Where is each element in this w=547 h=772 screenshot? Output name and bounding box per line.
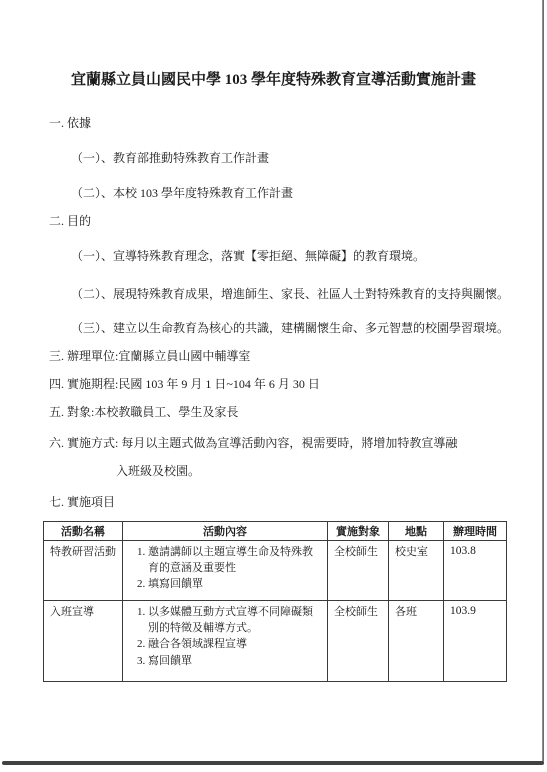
section-1-item-1: （一）、教育部推動特殊教育工作計畫 — [71, 151, 269, 165]
section-2-heading: 二. 目的 — [49, 214, 91, 228]
section-2-item-3: （三）、建立以生命教育為核心的共識，建構關懷生命、多元智慧的校園學習環境。 — [71, 321, 509, 335]
section-2-item-2: （二）、展現特殊教育成果，增進師生、家長、社區人士對特殊教育的支持與關懷。 — [71, 287, 509, 301]
section-1-item-2: （二）、本校 103 學年度特殊教育工作計畫 — [71, 186, 293, 200]
document-title: 宜蘭縣立員山國民中學 103 學年度特殊教育宣導活動實施計畫 — [0, 71, 547, 89]
activity-content-item: 以多媒體互動方式宣導不同障礙類別的特徵及輔導方式。 — [148, 605, 323, 636]
col-header-time: 辦理時間 — [444, 522, 507, 541]
page-edge-shadow-right — [542, 0, 544, 762]
activity-content-item: 填寫回饋單 — [148, 577, 323, 593]
activity-name-cell: 特教研習活動 — [44, 541, 123, 601]
activity-name-cell: 入班宣導 — [44, 601, 123, 682]
table-row: 入班宣導 以多媒體互動方式宣導不同障礙類別的特徵及輔導方式。 融合各領域課程宣導… — [44, 601, 507, 682]
col-header-activity-content: 活動內容 — [123, 522, 328, 541]
activity-content-item: 寫回饋單 — [148, 654, 323, 670]
section-3-heading: 三. 辦理單位:宜蘭縣立員山國中輔導室 — [49, 349, 250, 363]
section-4-heading: 四. 實施期程:民國 103 年 9 月 1 日~104 年 6 月 30 日 — [49, 377, 320, 391]
activity-content-list: 以多媒體互動方式宣導不同障礙類別的特徵及輔導方式。 融合各領域課程宣導 寫回饋單 — [125, 605, 323, 669]
location-cell: 各班 — [389, 601, 444, 682]
location-cell: 校史室 — [389, 541, 444, 601]
activity-content-item: 融合各領域課程宣導 — [148, 637, 323, 653]
page-edge-shadow-bottom — [2, 761, 544, 765]
table-row: 特教研習活動 邀請講師以主題宣導生命及特殊教育的意涵及重要性 填寫回饋單 全校師… — [44, 541, 507, 601]
col-header-activity-name: 活動名稱 — [44, 522, 123, 541]
activity-content-cell: 以多媒體互動方式宣導不同障礙類別的特徵及輔導方式。 融合各領域課程宣導 寫回饋單 — [123, 601, 328, 682]
section-1-heading: 一. 依據 — [49, 116, 91, 130]
activity-content-list: 邀請講師以主題宣導生命及特殊教育的意涵及重要性 填寫回饋單 — [125, 545, 323, 593]
activity-table: 活動名稱 活動內容 實施對象 地點 辦理時間 特教研習活動 邀請講師以主題宣導生… — [43, 521, 507, 682]
time-cell: 103.9 — [444, 601, 507, 682]
section-6-heading: 六. 實施方式: 每月以主題式做為宣導活動內容，視需要時，將增加特教宣導融 — [49, 436, 457, 450]
activity-content-cell: 邀請講師以主題宣導生命及特殊教育的意涵及重要性 填寫回饋單 — [123, 541, 328, 601]
section-7-heading: 七. 實施項目 — [49, 495, 115, 509]
activity-content-item: 邀請講師以主題宣導生命及特殊教育的意涵及重要性 — [148, 545, 323, 576]
time-cell: 103.8 — [444, 541, 507, 601]
table-header-row: 活動名稱 活動內容 實施對象 地點 辦理時間 — [44, 522, 507, 541]
col-header-location: 地點 — [389, 522, 444, 541]
target-cell: 全校師生 — [328, 541, 389, 601]
section-6-continuation: 入班級及校園。 — [116, 464, 200, 478]
col-header-target: 實施對象 — [328, 522, 389, 541]
section-2-item-1: （一）、宣導特殊教育理念，落實【零拒絕、無障礙】的教育環境。 — [71, 249, 425, 263]
document-page: 宜蘭縣立員山國民中學 103 學年度特殊教育宣導活動實施計畫 一. 依據 （一）… — [0, 0, 547, 772]
target-cell: 全校師生 — [328, 601, 389, 682]
section-5-heading: 五. 對象:本校教職員工、學生及家長 — [49, 405, 238, 419]
